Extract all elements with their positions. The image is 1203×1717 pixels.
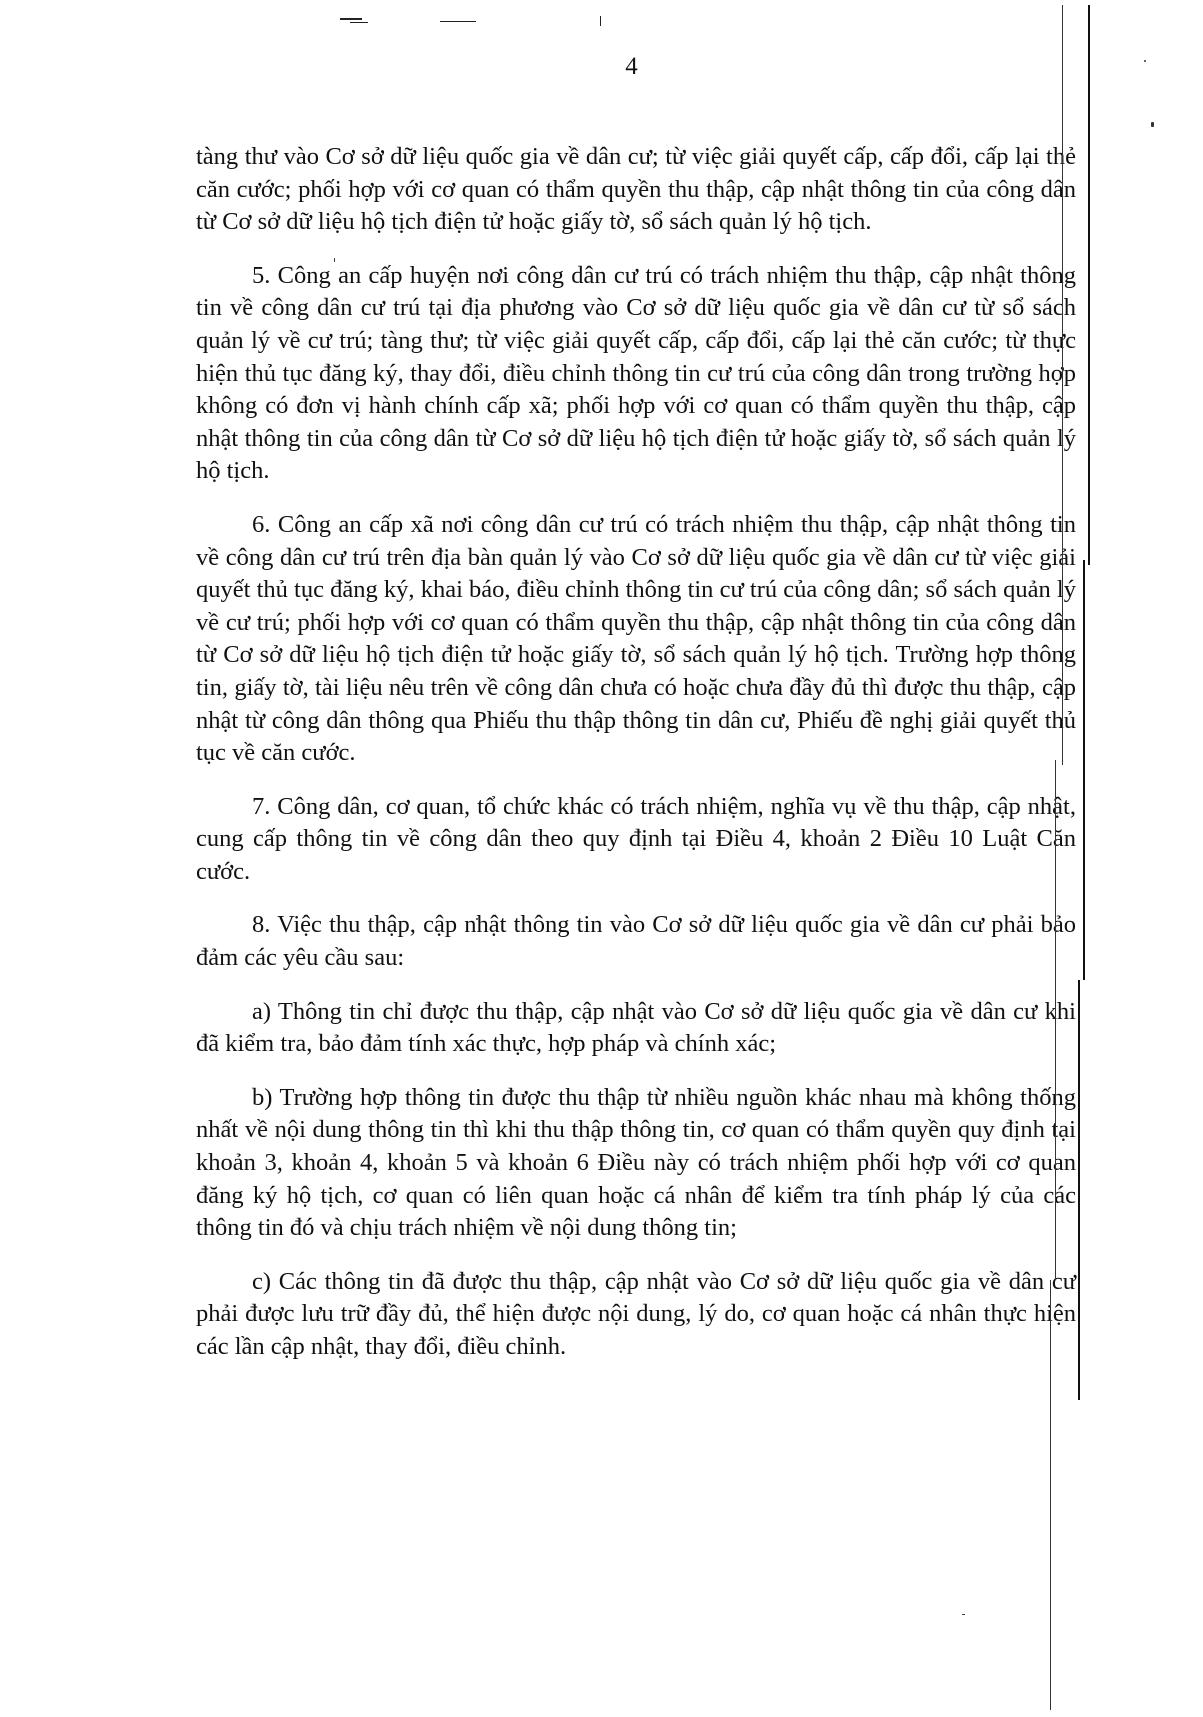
paragraph-clause-6: 6. Công an cấp xã nơi công dân cư trú có… <box>196 509 1076 770</box>
paragraph-clause-7: 7. Công dân, cơ quan, tổ chức khác có tr… <box>196 791 1076 889</box>
scan-speck <box>476 918 478 920</box>
scan-line <box>1088 5 1090 565</box>
scan-line <box>1078 980 1080 1400</box>
scan-smudge <box>350 22 368 23</box>
scan-speck <box>1151 122 1154 127</box>
scan-line <box>1062 5 1063 765</box>
body-text: tàng thư vào Cơ sở dữ liệu quốc gia về d… <box>196 141 1076 1385</box>
scan-line <box>1055 760 1056 1280</box>
scan-speck <box>962 1614 965 1615</box>
scan-smudge <box>600 16 601 26</box>
document-page: 4 tàng thư vào Cơ sở dữ liệu quốc gia về… <box>0 0 1203 1717</box>
paragraph-clause-8b: b) Trường hợp thông tin được thu thập từ… <box>196 1082 1076 1245</box>
scan-smudge <box>440 21 476 22</box>
scan-speck <box>1144 60 1146 62</box>
paragraph-continuation: tàng thư vào Cơ sở dữ liệu quốc gia về d… <box>196 141 1076 239</box>
scan-smudge <box>340 18 362 20</box>
scan-speck <box>497 277 498 281</box>
page-number: 4 <box>0 52 1203 82</box>
scan-line <box>1083 560 1085 980</box>
paragraph-clause-8c: c) Các thông tin đã được thu thập, cập n… <box>196 1266 1076 1364</box>
paragraph-clause-8: 8. Việc thu thập, cập nhật thông tin vào… <box>196 909 1076 974</box>
paragraph-clause-8a: a) Thông tin chỉ được thu thập, cập nhật… <box>196 996 1076 1061</box>
paragraph-clause-5: 5. Công an cấp huyện nơi công dân cư trú… <box>196 260 1076 488</box>
scan-speck <box>334 258 335 262</box>
scan-line <box>1050 1280 1051 1710</box>
